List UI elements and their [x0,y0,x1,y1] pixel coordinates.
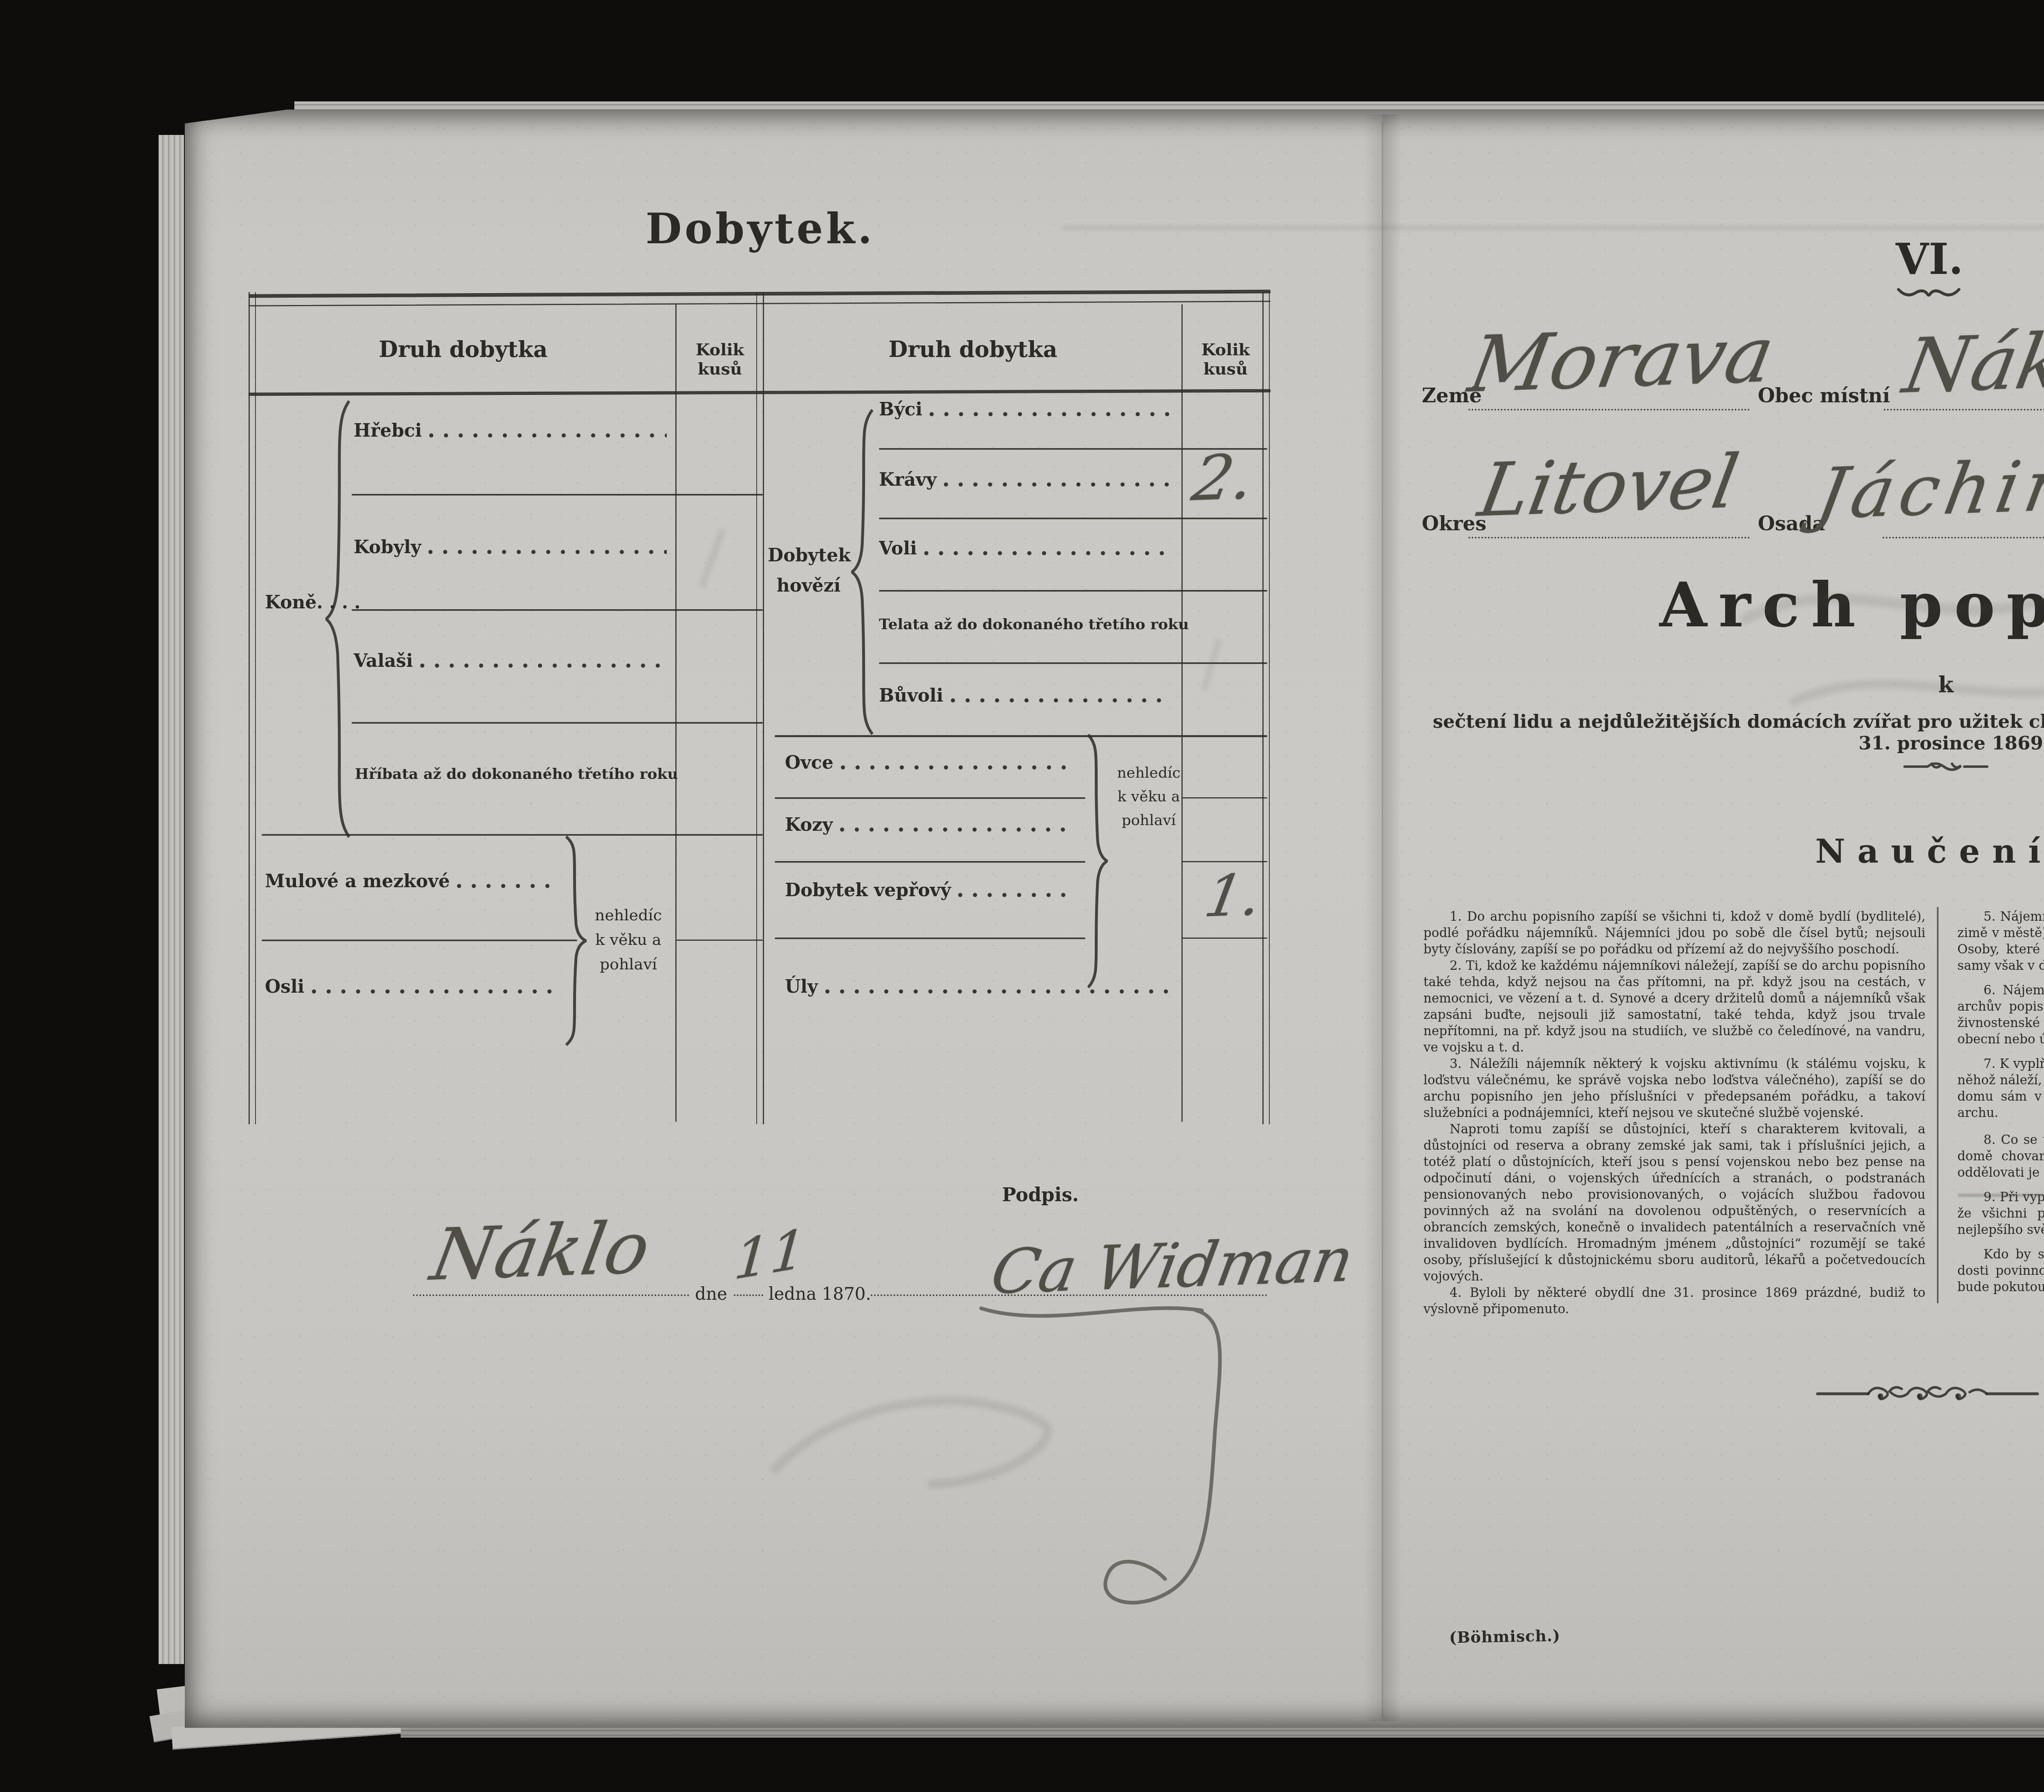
signature-rule [413,1294,689,1296]
page-stack-left-edge [159,135,184,1664]
table-row: Voli [879,538,1177,559]
page-corner-curl [185,110,287,123]
paragraph: 1. Do archu popisního zapíší se všichni … [1423,908,1925,958]
row-separator [1182,937,1267,939]
brace-icon [851,407,873,737]
table-row: Býci [879,399,1177,420]
table-vrule [255,292,256,1124]
dotted-leader [958,893,1074,897]
instructions-left-column: 1. Do archu popisního zapíší se všichni … [1423,908,1925,1317]
dne-label: dne [695,1284,727,1304]
row-separator [775,937,1085,939]
table-row: Hříbata až do dokonaného třetího roku [355,765,673,783]
row-separator [879,518,1267,519]
table-row: Osli [265,976,563,997]
row-separator [352,494,763,496]
dotted-leader [951,698,1171,703]
instructions-title: Naučení. [1741,832,2044,870]
row-label: Kobyly [354,537,421,558]
ink-ghost [756,1349,1083,1521]
book-fold-line [1382,123,1383,1717]
row-label: Telata až do dokonaného třetího roku [879,616,1189,633]
paragraph: 5. Nájemníci, kteří mají obydlí na míste… [1957,908,2044,974]
row-separator [677,940,763,941]
row-separator [352,722,763,724]
col-header-druh-1: Druh dobytka [269,336,657,362]
row-label: Ovce [785,752,834,773]
paragraph: 4. Byloli by některé obydlí dne 31. pros… [1423,1285,1925,1317]
small-divider-flourish-icon [1903,760,1989,774]
handwritten-day: 11 [732,1217,809,1292]
table-row: Kozy [785,814,1079,835]
row-label: Hříbata až do dokonaného třetího roku [355,765,678,783]
row-label: Dobytek vepřový [785,880,951,901]
left-page-title: Dobytek. [597,204,924,253]
row-separator [775,735,1267,737]
table-row: Ovce [785,752,1079,773]
table-vrule [249,292,250,1124]
ink-ghost [1717,532,2044,744]
dotted-leader [428,549,667,554]
brace-icon [325,397,350,841]
row-label: Mulové a mezkové [265,871,450,892]
col-header-kusu-2: Kolik kusů [1182,340,1269,379]
col-header-kusu-1: Kolik kusů [677,340,763,379]
field-zeme-value: Morava [1463,310,1759,410]
row-label: Býci [879,399,922,420]
scroll-divider-icon [1815,1380,2040,1406]
podpis-label: Podpis. [959,1184,1122,1206]
section-number: VI. [1864,234,1995,284]
row-separator [775,797,1085,799]
paragraph: 7. K vyplňování archu popisního přivzat … [1957,1056,2044,1121]
table-vrule [763,292,764,1124]
page-stack-bottom-edge [401,1727,2044,1738]
dotted-leader [944,482,1171,487]
scan-streak [1063,226,2044,230]
row-separator [262,834,763,836]
footnote-bohmisch: (Böhmisch.) [1449,1626,1561,1647]
row-separator [879,590,1267,592]
dotted-leader [312,989,558,994]
row-label: Úly [785,976,818,997]
row-label: Bůvoli [879,685,944,706]
brace-icon [1087,733,1108,989]
col-header-druh-2: Druh dobytka [777,336,1169,362]
dotted-leader [841,765,1074,770]
table-row: Hřebci [354,420,672,441]
field-okres-value: Litovel [1459,439,1758,534]
table-row: Dobytek vepřový [785,880,1079,901]
paragraph: Naproti tomu zapíší se důstojníci, kteří… [1423,1121,1925,1285]
dotted-leader [457,884,558,888]
row-label: Voli [879,538,917,559]
handwritten-place: Náklo [425,1207,656,1297]
note-nehledic-right: nehledíc k věku a pohlaví [1109,761,1189,832]
table-row: Kobyly [354,537,672,558]
table-row: Bůvoli [879,685,1177,706]
table-row: Krávy [879,469,1177,490]
paragraph: Kdo by se popisování vyhnul aneb něco ne… [1957,1246,2044,1295]
dotted-leader [840,827,1074,832]
paragraph: 6. Nájemníkům budiž připomenuto, aby měl… [1957,982,2044,1047]
table-row: Úly [785,976,1177,997]
dotted-leader [930,412,1171,417]
column-divider [1937,907,1939,1303]
date-label: ledna 1870. [769,1284,871,1304]
scanned-census-book: Dobytek. Druh dobytka Kolik kusů Druh do… [0,0,2044,1792]
paragraph: 8. Co se týče dobytka, dosti jest, když … [1957,1132,2044,1181]
dotted-leader [825,989,1171,994]
table-row: Valaši [354,650,672,671]
signature-rule [734,1294,763,1296]
field-osada-value: Jáchimov [1811,440,2044,535]
table-vrule [1181,304,1183,1122]
row-label: Hřebci [354,420,422,441]
dotted-leader [420,663,667,668]
table-row: Telata až do dokonaného třetího roku [879,616,1177,633]
row-separator [1182,797,1267,798]
table-vrule [675,304,677,1122]
note-nehledic-left: nehledíc k věku a pohlaví [585,903,672,976]
paragraph: 3. Náležíli nájemník některý k vojsku ak… [1423,1056,1925,1121]
row-separator [262,940,577,941]
page-stack-top-edge [294,101,2044,110]
instructions-right-column: 5. Nájemníci, kteří mají obydlí na míste… [1957,908,2044,1295]
brace-icon [565,835,587,1047]
field-obec-value: Náklo [1872,313,2044,411]
group-label-hovezi: Dobytek hovězí [768,541,849,601]
field-rule-zeme [1468,409,1750,410]
table-row: Mulové a mezkové [265,871,563,892]
dotted-leader [924,551,1171,556]
field-label-obec: Obec místní [1758,384,1890,407]
row-label: Krávy [879,469,937,490]
row-label: Kozy [785,814,833,835]
row-label: Osli [265,976,305,997]
paragraph: 2. Ti, kdož ke každému nájemníkovi nálež… [1423,958,1925,1056]
table-vrule [1269,292,1270,1124]
table-vrule [1262,292,1264,1124]
table-vrule [756,292,757,1124]
underbrace-flourish-icon [1896,286,1961,301]
dotted-leader [429,433,667,438]
row-separator [352,609,763,611]
field-rule-okres [1468,537,1750,538]
row-separator [775,861,1085,863]
pencil-smudge [1958,1194,2044,1197]
row-label: Valaši [354,650,413,671]
